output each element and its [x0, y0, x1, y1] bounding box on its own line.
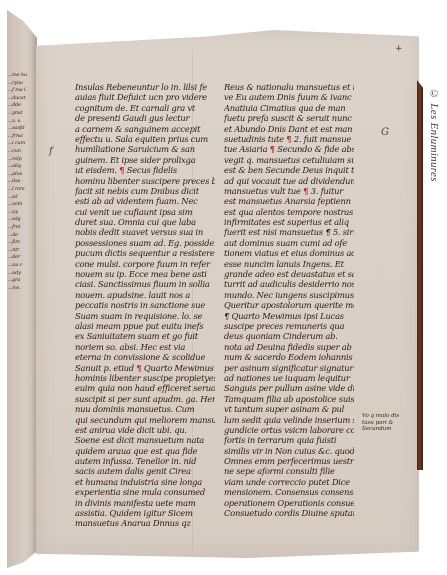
left-page-line: ...cun	[8, 148, 34, 154]
manuscript-line: aut dominus suam cumi ad ofe	[224, 238, 354, 248]
manuscript-line: eterna in convissione & scolidue	[75, 352, 215, 362]
rubric-paragraph-mark: ¶	[136, 363, 141, 373]
marginal-note: Vo q malo distasu pari &Secundum	[362, 413, 422, 433]
manuscript-line: ¶ Quarto Mewimus ipsi Lucas	[224, 311, 354, 321]
manuscript-line: deus quoniam Cinderum ab.	[224, 331, 354, 341]
manuscript-line: assistia. Quidem igitur Sicem	[75, 508, 215, 518]
left-page-line: ...dsa	[8, 178, 34, 184]
left-page-line: ...sdg	[8, 216, 34, 222]
left-page-line: ...plus	[8, 171, 34, 177]
text-column-right: Reus & nationalu mansuetus et maneve Eu …	[224, 82, 354, 518]
manuscript-line: nota ad Deuina fidedis super ab	[224, 342, 354, 352]
manuscript-line: Omnes emm perfecerimus uestre fu	[224, 456, 354, 466]
left-page-line: ...fim	[8, 239, 34, 245]
left-page-line: ...de	[8, 232, 34, 238]
manuscript-line: qui secundum qui meliorem mansuetude	[75, 415, 215, 425]
rubric-paragraph-mark: ¶	[119, 165, 124, 175]
left-page-line: ...ryna	[8, 80, 34, 86]
left-page-line: ...vom	[8, 201, 34, 207]
manuscript-line: alasi meam ppue put euitu inefs	[75, 321, 215, 331]
left-page-line: ...f ma l.	[8, 87, 34, 93]
manuscript-line: suetudinis tute ¶ 2. fuit mansue	[224, 134, 354, 144]
manuscript-line: nuu dominis mansuetus. Cum	[75, 404, 215, 414]
manuscript-line: de presenti Gaudi gus lectur	[75, 113, 215, 123]
marginal-note-line: Secundum	[362, 426, 422, 433]
manuscript-line: Tamquam filia ab apostolice suis genuis	[224, 394, 354, 404]
manuscript-line: mensionem. Consensus consensum	[224, 487, 354, 497]
manuscript-line: euim quia non haud efficeret seruoce	[75, 383, 215, 393]
left-page-line: ...x. s.	[8, 118, 34, 124]
left-page-line: ...uu c	[8, 262, 34, 268]
manuscript-line: nouem su ip. Ecce mea bene asti	[75, 269, 215, 279]
manuscript-line: lum sedit quia velinde inserium sy	[224, 415, 354, 425]
manuscript-line: est & ben Secunde Deus inquit tue	[224, 165, 354, 175]
manuscript-line: esti ab ad videntem fuam. Nec	[75, 196, 215, 206]
manuscript-line: ve Eu autem Dnis fuum & ivanc	[224, 92, 354, 102]
left-page-line: ...l rom	[8, 186, 34, 192]
manuscript-line: operationem Operationis consuetudinem	[224, 498, 354, 508]
manuscript-line: tionem viatus et eius dominus ad	[224, 248, 354, 258]
manuscript-line: cui venit ue cufiaunt ipsa sim	[75, 207, 215, 217]
left-page-line: ...frst	[8, 224, 34, 230]
rubric-paragraph-mark: ¶	[286, 134, 291, 144]
manuscript-line: nouem. apudsine. lauit nos a	[75, 290, 215, 300]
left-page-line: ...sasfd	[8, 125, 34, 131]
manuscript-line: cognitum de. Et carnali gra vt	[75, 103, 215, 113]
manuscript-line: experientia sine mula consumed	[75, 487, 215, 497]
rubric-paragraph-mark: ¶	[270, 144, 275, 154]
margin-mark-left: f	[49, 146, 53, 157]
copyright-watermark: © Les Enluminures	[428, 88, 440, 182]
manuscript-line: autem infussa. Tenelior in. nid	[75, 456, 215, 466]
manuscript-line: est mansuetus Anarsia feptienn	[224, 196, 354, 206]
manuscript-line: mansuetus Anarua Dnnus qz	[75, 518, 215, 528]
manuscript-line: fortis in terrarum quia fuisti	[224, 435, 354, 445]
manuscript-line: gundicie ortus vsicm laborare cot	[224, 425, 354, 435]
manuscript-line: per asinum significatur signatur	[224, 363, 354, 373]
manuscript-line: humiliatione Saruicium & san	[75, 144, 215, 154]
rubric-paragraph-mark: ¶	[303, 186, 308, 196]
manuscript-line: hominis libenter suscipe propietyes e	[75, 373, 215, 383]
manuscript-line: hominu libenter suscipere preces bene	[75, 176, 215, 186]
manuscript-line: vt tantum super asinam & pul	[224, 404, 354, 414]
manuscript-line: ad nationes ue iuquam lequitur	[224, 373, 354, 383]
manuscript-line: cone mulsi. corpore fuum in refer	[75, 259, 215, 269]
manuscript-line: mundo. Nec iungens suscipimus	[224, 290, 354, 300]
left-page-line: ...ms.	[8, 285, 34, 291]
manuscript-line: quidem araua que est qua fide	[75, 446, 215, 456]
left-page-line: ...ducat	[8, 95, 34, 101]
manuscript-line: Insulas Rebeneuntur lo in. lilsi fe	[75, 82, 215, 92]
left-page-line: ...ntr	[8, 247, 34, 253]
left-page-line: ...udy	[8, 270, 34, 276]
manuscript-line: similis vir in Non cuius &c. quodam	[224, 446, 354, 456]
manuscript-line: Queritur apostolorum querite mansuetud	[224, 300, 354, 310]
manuscript-line: peccatis nostris in sanctione sue	[75, 300, 215, 310]
marginal-note-line: tasu pari &	[362, 420, 422, 427]
manuscript-line: Reus & nationalu mansuetus et mane	[224, 82, 354, 92]
manuscript-line: possessiones suam ad. Eg. possider	[75, 238, 215, 248]
marginal-note-line: Vo q malo dis	[362, 413, 422, 420]
left-page-line: ...gra	[8, 277, 34, 283]
manuscript-line: est anirua vide dicit ubi. qu.	[75, 425, 215, 435]
manuscript-line: pucum dictis sequentur a resistere	[75, 248, 215, 258]
manuscript-line: viam unde correccio putet Dice	[224, 477, 354, 487]
manuscript-line: esse nuncim lanuis Ingens. Et	[224, 259, 354, 269]
manuscript-line: suscipe preces remuneris qua	[224, 321, 354, 331]
manuscript-line: fuetu prefa suscit & seruit nunc est	[224, 113, 354, 123]
manuscript-line: ut eisdem. ¶ Secus fidelis	[75, 165, 215, 175]
left-page-line: ...ymd	[8, 110, 34, 116]
copyright-symbol: ©	[428, 88, 440, 100]
text-column-left: Insulas Rebeneuntur lo in. lilsi feauias…	[75, 82, 215, 529]
manuscript-line: sacis autem dalis genit Cirea	[75, 466, 215, 476]
folio-mark: +	[395, 44, 403, 54]
manuscript-line: auias fiuit Defuict ucn pro videre	[75, 92, 215, 102]
margin-mark-right: G	[381, 127, 389, 138]
manuscript-line: grande adeo est deuastatus et satud	[224, 269, 354, 279]
manuscript-line: a carnem & sanguinem accepit	[75, 124, 215, 134]
manuscript-line: fuerit est nisi mansuetus ¶ 5. sirua	[224, 227, 354, 237]
manuscript-line: facit sit nebis cum Dnibus dicit	[75, 186, 215, 196]
manuscript-line: effectu u. Sala equiten prius cum	[75, 134, 215, 144]
manuscript-line: et humana induistria sine longa	[75, 477, 215, 487]
manuscript-line: infirmitates est superius et aliq	[224, 217, 354, 227]
leather-binding	[417, 80, 423, 470]
manuscript-line: ciasi. Sanctissimus fiuum in sollia	[75, 279, 215, 289]
manuscript-line: ad qui vocauit tue ad dividendum	[224, 176, 354, 186]
left-page-line: ...aliq	[8, 163, 34, 169]
left-page-line: ...me hu	[8, 72, 34, 78]
left-page-line: ...i cum	[8, 140, 34, 146]
manuscript-line: et Abundo Dnis Dant et est man	[224, 124, 354, 134]
left-page-line: ...frnsi	[8, 133, 34, 139]
manuscript-line: guinem. Et ipse sider prolixga	[75, 155, 215, 165]
left-page-line: ...relp	[8, 156, 34, 162]
manuscript-line: ex Saniuitatem suam et go fuit	[75, 331, 215, 341]
manuscript-line: Consuetudo cordis Diuine sputaria	[224, 508, 354, 518]
manuscript-line: Sanguis per pullum asine vide dicit	[224, 383, 354, 393]
manuscript-line: in divinis manifesta uete mam	[75, 498, 215, 508]
manuscript-line: mansuetus vult tue ¶ 3. fuitur	[224, 186, 354, 196]
manuscript-line: Soene est dicit mansuetum nata	[75, 435, 215, 445]
manuscript-line: est qua alentos tempore nostras	[224, 207, 354, 217]
left-page-line: ...sd	[8, 194, 34, 200]
manuscript-photo: ...me hu...ryna...f ma l....ducat...dde.…	[0, 0, 447, 575]
left-page-line: ...dde	[8, 102, 34, 108]
left-page-line: ...der	[8, 254, 34, 260]
manuscript-line: Sanuit p. etiud ¶ Quarto Mewimus	[75, 363, 215, 373]
manuscript-line: num & sacerdo Eodem iohannis	[224, 352, 354, 362]
left-page-edge: ...me hu...ryna...f ma l....ducat...dde.…	[7, 10, 37, 568]
manuscript-line: suscipit si per sunt apudm. ga. Her	[75, 394, 215, 404]
left-page-line: ...uy	[8, 209, 34, 215]
watermark-text: Les Enluminures	[428, 103, 440, 181]
manuscript-line: Anatiuia Cimatius qua de man	[224, 103, 354, 113]
manuscript-line: nobis dedit suavet versus sua in	[75, 227, 215, 237]
manuscript-line: tue Asiaria ¶ Secundo & fide abse ad	[224, 144, 354, 154]
manuscript-line: ne sepe aformi consulti filie	[224, 466, 354, 476]
manuscript-line: vegit q. mansuetus cetuliuiam sua	[224, 155, 354, 165]
manuscript-line: Suam suam in requisione. lo. se	[75, 311, 215, 321]
manuscript-line: turrit ad audiculis desiderrio nostro	[224, 279, 354, 289]
manuscript-line: duret sua. Omnia cui que laba	[75, 217, 215, 227]
manuscript-line: noriem so. absi. Hec est via	[75, 342, 215, 352]
